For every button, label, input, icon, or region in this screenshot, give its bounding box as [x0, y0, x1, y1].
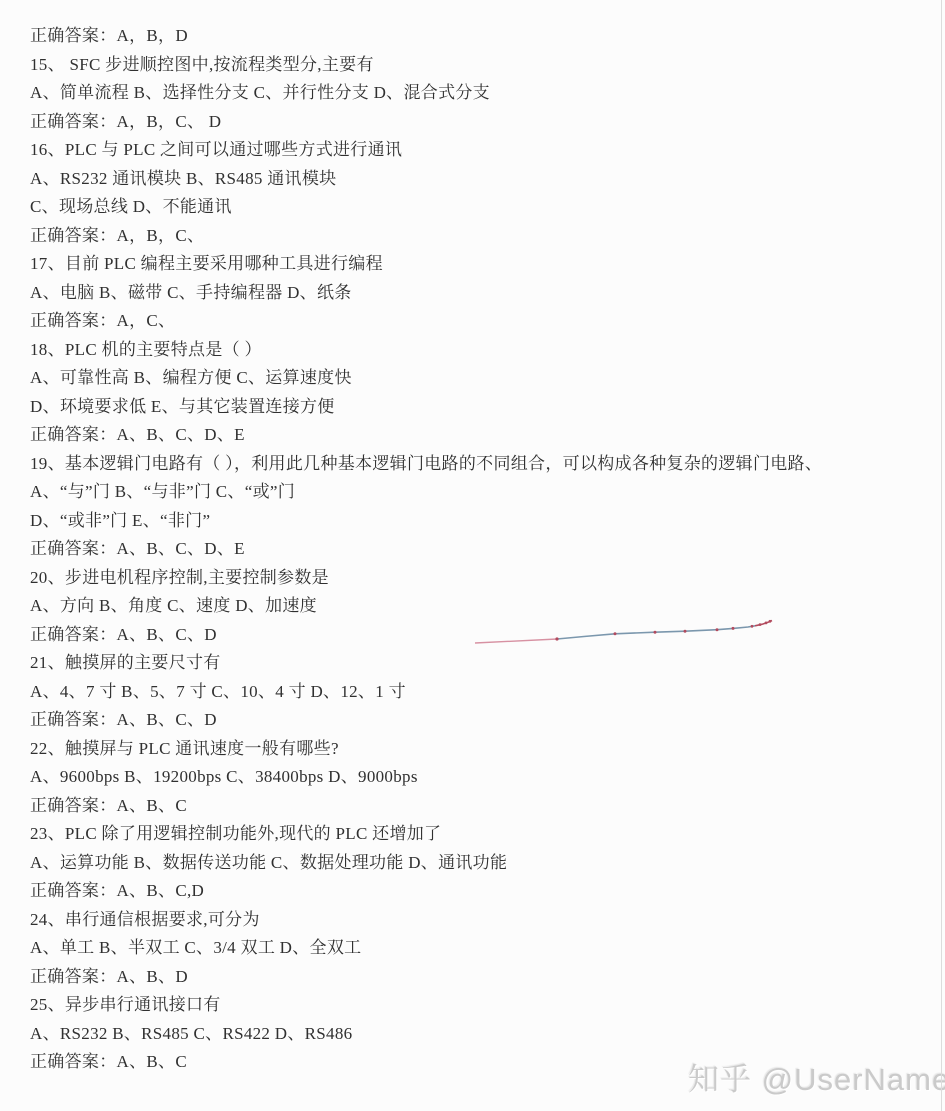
- text-line: 正确答案：A、B、C: [30, 792, 945, 821]
- text-line: 21、触摸屏的主要尺寸有: [30, 649, 945, 678]
- text-line: A、4、7 寸 B、5、7 寸 C、10、4 寸 D、12、1 寸: [30, 678, 945, 707]
- text-line: 19、基本逻辑门电路有（ ），利用此几种基本逻辑门电路的不同组合，可以构成各种复…: [30, 450, 945, 479]
- zhihu-watermark: 知乎 @UserName: [688, 1054, 945, 1099]
- text-line: 正确答案：A、B、D: [30, 963, 945, 992]
- text-line: 23、PLC 除了用逻辑控制功能外,现代的 PLC 还增加了: [30, 820, 945, 849]
- text-line: A、运算功能 B、数据传送功能 C、数据处理功能 D、通讯功能: [30, 849, 945, 878]
- text-line: 20、步进电机程序控制,主要控制参数是: [30, 564, 945, 593]
- text-line: 正确答案：A，C、: [30, 307, 945, 336]
- text-line: 25、异步串行通讯接口有: [30, 991, 945, 1020]
- text-line: 18、PLC 机的主要特点是（ ）: [30, 336, 945, 365]
- text-line: 17、目前 PLC 编程主要采用哪种工具进行编程: [30, 250, 945, 279]
- text-line: 24、串行通信根据要求,可分为: [30, 906, 945, 935]
- scan-edge-line: [941, 0, 942, 1111]
- document-page: 正确答案：A，B，D15、 SFC 步进顺控图中,按流程类型分,主要有A、简单流…: [0, 0, 945, 1111]
- text-line: A、可靠性高 B、编程方便 C、运算速度快: [30, 364, 945, 393]
- text-line: A、方向 B、角度 C、速度 D、加速度: [30, 592, 945, 621]
- text-line: D、“或非”门 E、“非门”: [30, 507, 945, 536]
- text-line: 16、PLC 与 PLC 之间可以通过哪些方式进行通讯: [30, 136, 945, 165]
- text-line: A、9600bps B、19200bps C、38400bps D、9000bp…: [30, 763, 945, 792]
- text-line: A、“与”门 B、“与非”门 C、“或”门: [30, 478, 945, 507]
- text-line: A、单工 B、半双工 C、3/4 双工 D、全双工: [30, 934, 945, 963]
- text-line: 正确答案：A、B、C、D: [30, 621, 945, 650]
- text-line: A、电脑 B、磁带 C、手持编程器 D、纸条: [30, 279, 945, 308]
- text-line: 正确答案：A、B、C,D: [30, 877, 945, 906]
- text-line: A、RS232 B、RS485 C、RS422 D、RS486: [30, 1020, 945, 1049]
- text-line: A、简单流程 B、选择性分支 C、并行性分支 D、混合式分支: [30, 79, 945, 108]
- text-line: 15、 SFC 步进顺控图中,按流程类型分,主要有: [30, 51, 945, 80]
- text-line: 正确答案：A，B，C、: [30, 222, 945, 251]
- text-line: C、现场总线 D、不能通讯: [30, 193, 945, 222]
- text-line: A、RS232 通讯模块 B、RS485 通讯模块: [30, 165, 945, 194]
- text-line: 正确答案：A、B、C、D、E: [30, 535, 945, 564]
- text-line: 正确答案：A、B、C、D: [30, 706, 945, 735]
- document-lines: 正确答案：A，B，D15、 SFC 步进顺控图中,按流程类型分,主要有A、简单流…: [0, 22, 945, 1077]
- text-line: 正确答案：A，B，D: [30, 22, 945, 51]
- text-line: 22、触摸屏与 PLC 通讯速度一般有哪些?: [30, 735, 945, 764]
- text-line: 正确答案：A，B，C、 D: [30, 108, 945, 137]
- text-line: D、环境要求低 E、与其它装置连接方便: [30, 393, 945, 422]
- text-line: 正确答案：A、B、C、D、E: [30, 421, 945, 450]
